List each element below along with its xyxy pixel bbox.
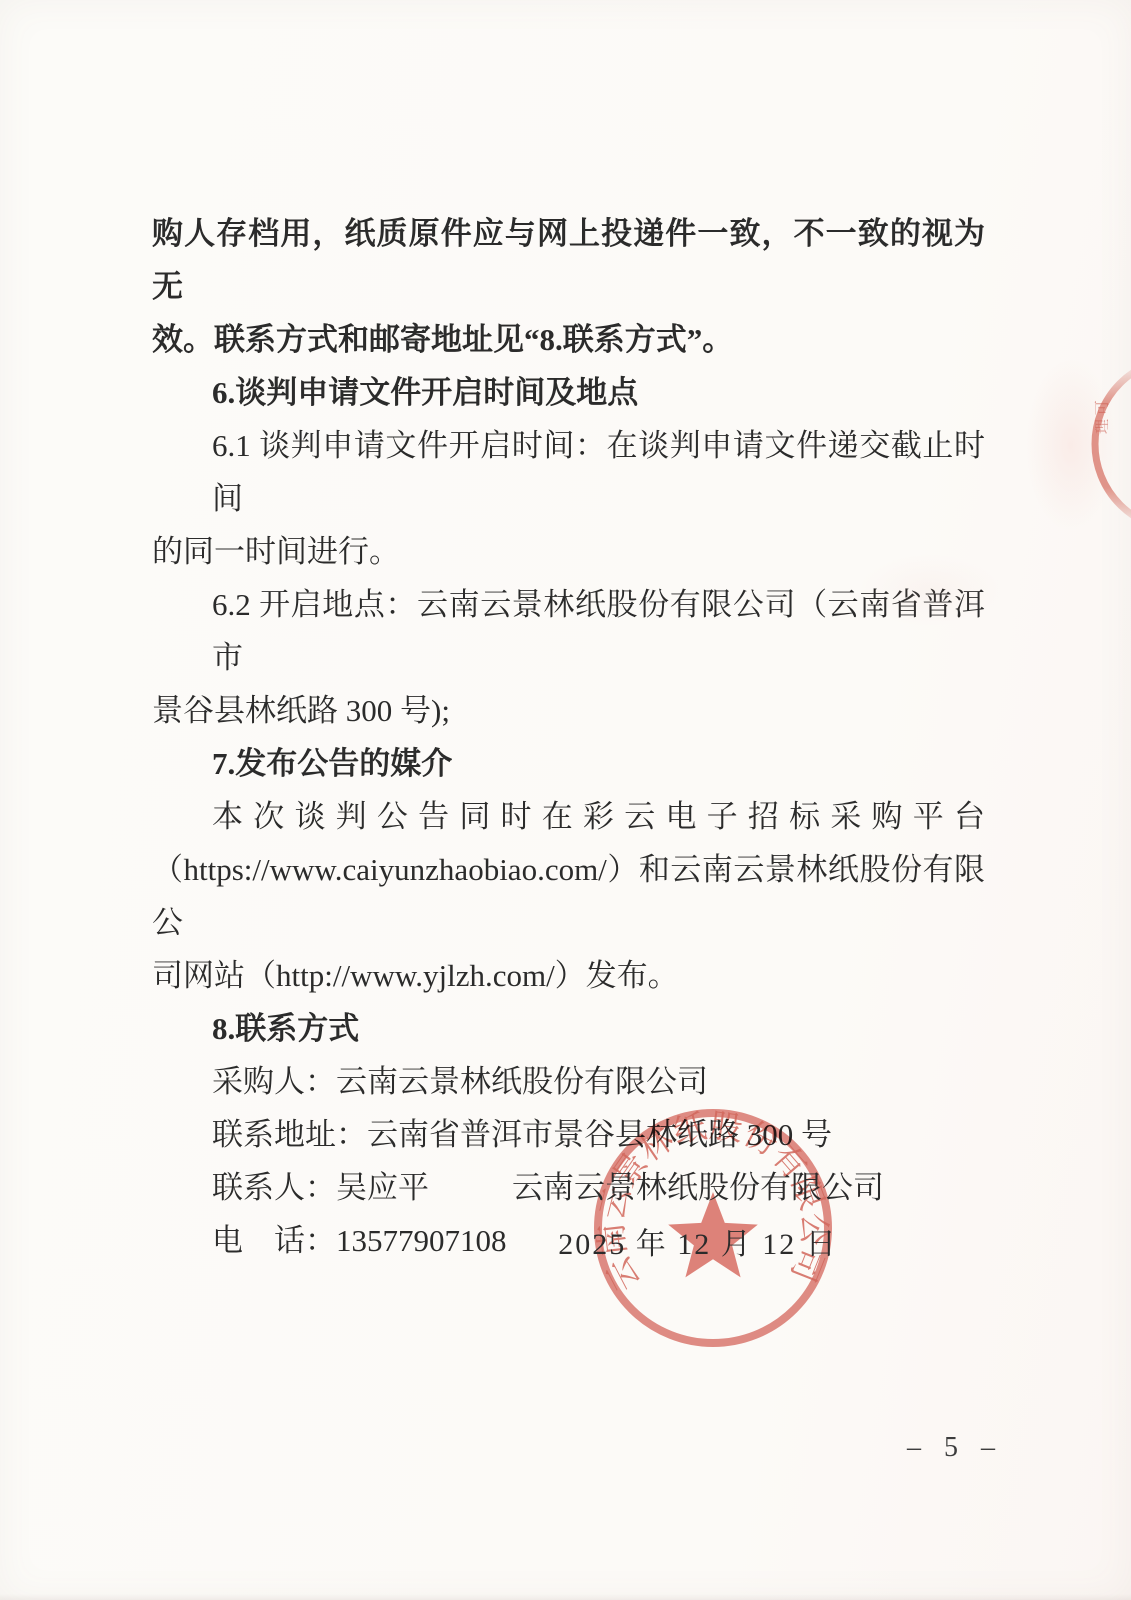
edge-seal-ring <box>1095 360 1131 530</box>
edge-seal-fragment: 理 可 <box>1083 360 1131 530</box>
section-heading-7: 7.发布公告的媒介 <box>152 737 985 790</box>
text-line: 本次谈判公告同时在彩云电子招标采购平台 <box>152 790 985 843</box>
document-body: 购人存档用，纸质原件应与网上投递件一致，不一致的视为无 效。联系方式和邮寄地址见… <box>152 207 985 1267</box>
text-line: 6.2 开启地点：云南云景林纸股份有限公司（云南省普洱市 <box>152 578 985 684</box>
document-page: 购人存档用，纸质原件应与网上投递件一致，不一致的视为无 效。联系方式和邮寄地址见… <box>0 0 1131 1600</box>
edge-seal-characters: 理 可 <box>1094 400 1111 434</box>
signature-block: 云南云景林纸股份有限公司 2025 年 12 月 12 日 <box>448 1166 948 1267</box>
text-line: 司网站（http://www.yjlzh.com/）发布。 <box>152 949 985 1002</box>
purchaser-line: 采购人：云南云景林纸股份有限公司 <box>152 1055 985 1108</box>
section-heading-6: 6.谈判申请文件开启时间及地点 <box>152 366 985 419</box>
text-line: 的同一时间进行。 <box>152 525 985 578</box>
text-line: 效。联系方式和邮寄地址见“8.联系方式”。 <box>152 313 985 366</box>
contact-address-line: 联系地址：云南省普洱市景谷县林纸路 300 号 <box>152 1108 985 1161</box>
scan-bottom-edge <box>0 1594 1131 1600</box>
text-line: 6.1 谈判申请文件开启时间：在谈判申请文件递交截止时间 <box>152 419 985 525</box>
text-line: 购人存档用，纸质原件应与网上投递件一致，不一致的视为无 <box>152 207 985 313</box>
signature-company-name: 云南云景林纸股份有限公司 <box>448 1166 948 1210</box>
text-line: （https://www.caiyunzhaobiao.com/）和云南云景林纸… <box>152 843 985 949</box>
page-number: – 5 – <box>880 1432 1030 1464</box>
section-heading-8: 8.联系方式 <box>152 1002 985 1055</box>
text-line: 景谷县林纸路 300 号); <box>152 684 985 737</box>
signature-date: 2025 年 12 月 12 日 <box>448 1223 948 1267</box>
